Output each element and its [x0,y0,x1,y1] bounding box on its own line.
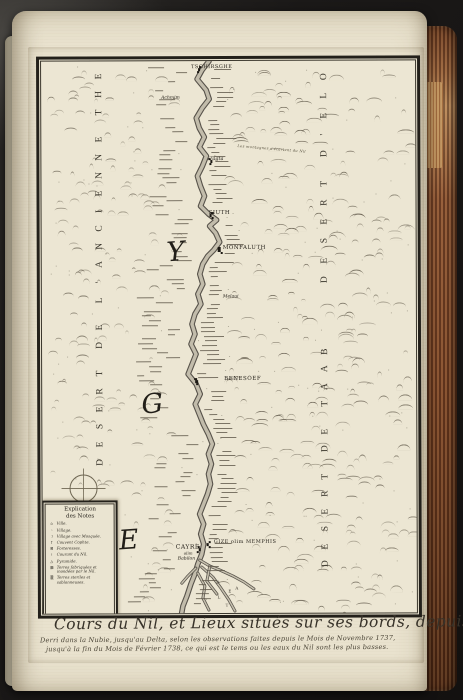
tiny-label-mark [141,316,150,317]
tiny-label-mark [216,432,228,433]
tiny-label-mark [211,557,223,558]
tiny-label-mark [140,592,150,593]
margin-letter-west: ' [95,281,105,283]
tiny-label-mark [210,87,223,88]
margin-letter-east-upper: E [320,257,330,263]
tiny-label-mark [211,78,220,79]
town-marker [196,383,198,385]
margin-letter-west: I [95,209,105,212]
legend-item: †Couvent Cophte. [49,540,112,545]
book-binding-edge [423,26,457,691]
tiny-label-mark [208,515,220,516]
tiny-label-mark [217,474,227,475]
tiny-label-mark [155,90,163,91]
tiny-label-mark [212,396,223,397]
margin-letter-east-upper: E [319,112,329,118]
tiny-label-mark [212,152,219,153]
tiny-label-mark [154,467,165,468]
tiny-label-mark [175,141,188,142]
tiny-label-mark [168,334,175,335]
tiny-label-mark [156,104,166,105]
tiny-label-mark [128,601,141,602]
tiny-label-mark [212,506,226,507]
tiny-label-mark [150,587,160,588]
region-letter: E [118,524,140,556]
tiny-label-mark [213,419,224,420]
legend-inner: Explication des Notes ⌂Ville.◦Village.☽V… [45,503,115,614]
tiny-label-mark [150,196,167,197]
legend-symbol-icon: ▦ [49,565,55,574]
tiny-label-mark [171,233,188,234]
tiny-label-mark [218,488,236,489]
tiny-label-mark [194,603,201,604]
delta-letter: D [216,580,219,585]
tiny-label-mark [181,490,195,491]
margin-letter-east-lower: B [320,348,330,354]
tiny-label-mark [203,363,221,364]
town-marker [210,163,212,165]
legend-items: ⌂Ville.◦Village.☽Village avec Mosquée.†C… [49,522,112,585]
tiny-label-mark [201,322,214,323]
tiny-label-mark [149,582,156,583]
tiny-label-mark [217,198,233,199]
tiny-label-mark [149,518,159,519]
tiny-label-mark [221,437,237,438]
margin-letter-west: C [95,226,105,232]
tiny-label-mark [208,566,218,567]
tiny-label-mark [207,354,219,355]
tiny-label-mark [204,336,223,337]
tiny-label-mark [201,331,215,332]
legend-item-label: Village. [57,528,72,533]
tiny-label-mark [202,345,217,346]
legend-box: Explication des Notes ⌂Ville.◦Village.☽V… [42,500,118,614]
town-marker [199,548,201,550]
margin-letter-east-lower: T [320,401,330,407]
tiny-label-mark [172,435,189,436]
tiny-label-mark [175,481,184,482]
tiny-label-mark [211,400,224,401]
book-photo: TSGHIRSGHEAchmimTagtaSIUTHMONFALUTHMelau… [0,0,463,700]
tiny-label-mark [200,327,214,328]
margin-letter-east-upper: S [320,238,330,243]
tiny-label-mark [213,202,223,203]
tiny-label-mark [210,267,217,268]
town-label: Babilon [178,557,195,562]
tiny-label-mark [202,580,217,581]
tiny-label-mark [149,320,160,321]
tiny-label-mark [213,106,224,107]
tiny-label-mark [210,133,224,134]
town-label: BENESOEF [224,376,261,382]
tiny-label-mark [208,120,217,121]
legend-symbol-icon: ☽ [49,534,55,539]
tiny-label-mark [199,584,206,585]
town-marker [197,551,199,553]
legend-title: Explication des Notes [49,506,112,520]
town-marker [197,71,199,73]
tiny-label-mark [223,451,232,452]
tiny-label-mark [217,138,236,139]
tiny-label-mark [163,150,175,151]
tiny-label-mark [219,460,229,461]
tiny-label-mark [157,352,168,353]
margin-letter-west: E [94,74,104,80]
tiny-label-mark [207,308,218,309]
margin-letter-east-upper: L [319,93,329,99]
tiny-label-mark [212,561,228,562]
margin-letter-east-upper: ' [319,134,329,136]
tiny-label-mark [165,127,176,128]
tiny-label-mark [213,143,225,144]
tiny-label-mark [183,495,191,496]
tiny-label-mark [156,302,173,303]
tiny-label-mark [155,486,168,487]
tiny-label-mark [209,414,218,415]
tiny-label-mark [209,129,220,130]
tiny-label-mark [220,483,236,484]
tiny-label-mark [153,550,166,551]
region-letter: Y [166,236,186,268]
tiny-label-mark [164,569,175,570]
legend-item-label: Terres fabriquées et inondées par le Nil… [57,565,112,574]
tiny-label-mark [214,262,233,263]
tiny-label-mark [211,304,220,305]
tiny-label-mark [153,205,164,206]
margin-letter-east-lower: D [321,560,331,567]
tiny-label-mark [142,339,156,340]
tiny-label-mark [172,132,183,133]
delta-letter: T [226,603,229,608]
tiny-label-mark [220,497,228,498]
delta-letter: E [228,588,231,593]
margin-letter-west: S [95,424,105,429]
legend-item: △Pyramide. [49,559,112,564]
tiny-label-mark [163,559,170,560]
tiny-label-mark [166,201,182,202]
tiny-label-mark [167,532,176,533]
tiny-label-mark [214,189,222,190]
region-letter: G [140,388,164,420]
legend-item-label: Ville. [57,522,67,527]
tiny-label-mark [142,348,157,349]
tiny-label-mark [137,375,144,376]
tiny-label-mark [167,329,180,330]
margin-letter-west: N [94,154,104,161]
margin-letter-west: E [94,137,104,143]
tiny-label-mark [166,357,180,358]
legend-symbol-icon: ⌂ [49,522,55,527]
tiny-label-mark [142,325,158,326]
tiny-label-mark [155,214,168,215]
legend-item: ≀Courant du Nil. [49,553,112,558]
legend-title-line2: des Notes [66,513,94,519]
tiny-label-mark [210,285,219,286]
tiny-label-mark [210,276,217,277]
tiny-label-mark [168,81,174,82]
town-label: GIZE olim MEMPHIS [214,539,277,545]
margin-letter-west: E [95,406,105,412]
tiny-label-mark [157,463,167,464]
tiny-label-mark [213,524,227,525]
map-title-block: Cours du Nil, et Lieux situés sur ses bo… [40,614,419,652]
legend-item: ▦Terres fabriquées et inondées par le Ni… [49,565,112,574]
tiny-label-mark [216,193,227,194]
margin-letter-west: H [94,91,104,98]
margin-letter-west: A [95,261,105,268]
tiny-label-mark [221,492,238,493]
tiny-label-mark [218,97,234,98]
tiny-label-mark [226,239,239,240]
margin-letter-east-upper: E [320,219,330,225]
tiny-label-mark [167,182,177,183]
legend-symbol-icon: △ [49,559,55,564]
tiny-label-mark [217,92,233,93]
margin-letter-east-upper: O [319,73,329,80]
tiny-label-mark [175,224,189,225]
tiny-label-mark [216,455,235,456]
tiny-label-mark [160,118,174,119]
map-page: TSGHIRSGHEAchmimTagtaSIUTHMONFALUTHMelau… [12,11,427,691]
tiny-label-mark [149,366,162,367]
tiny-label-mark [178,454,188,455]
legend-item: ◦Village. [49,528,112,533]
delta-letter: A [235,585,238,590]
tiny-label-mark [211,175,226,176]
town-label: MONFALUTH [223,245,266,251]
legend-item-label: Courant du Nil. [57,553,88,558]
tiny-label-mark [216,101,226,102]
tiny-label-mark [139,380,154,381]
tiny-label-mark [157,173,169,174]
margin-letter-west: D [95,342,105,349]
tiny-label-mark [211,547,223,548]
tiny-label-mark [214,428,232,429]
tiny-label-mark [211,391,226,392]
delta-letter: L [218,595,221,600]
tiny-label-mark [196,598,211,599]
tiny-label-mark [186,444,198,445]
tiny-label-mark [209,294,219,295]
tiny-label-mark [207,313,216,314]
legend-item: ⊠Forteresses. [49,547,112,552]
margin-letter-east-upper: D [320,276,330,283]
tiny-label-mark [160,159,173,160]
tiny-label-mark [205,340,217,341]
tiny-label-mark [224,253,234,254]
tiny-label-mark [163,178,180,179]
town-label: Achmim [161,96,180,101]
margin-letter-east-lower: A [320,366,330,373]
margin-letter-east-lower: R [321,491,331,497]
margin-letter-west: L [95,297,105,303]
tiny-label-mark [159,536,172,537]
margin-letter-east-lower: E [321,543,331,549]
town-label: Melaui [223,294,239,299]
margin-letter-east-lower: S [321,526,331,531]
tiny-label-mark [137,297,154,298]
tiny-label-mark [157,504,169,505]
legend-item-label: Pyramide. [57,559,77,564]
tiny-label-mark [210,170,217,171]
map-title-main: Cours du Nil, et Lieux situés sur ses bo… [40,613,419,634]
margin-letter-east-lower: A [320,383,330,390]
tiny-label-mark [144,573,156,574]
tiny-label-mark [198,377,218,378]
tiny-label-mark [208,570,225,571]
tiny-label-mark [172,283,184,284]
tiny-label-mark [176,72,187,73]
tiny-label-mark [144,311,161,312]
tiny-label-mark [209,184,227,185]
tiny-label-mark [136,362,151,363]
tiny-label-mark [205,409,212,410]
town-marker [209,546,211,548]
margin-letter-west: T [94,109,104,115]
tiny-label-mark [139,578,155,579]
tiny-label-mark [133,596,144,597]
margin-letter-east-upper: D [319,150,329,157]
tiny-label-mark [158,168,171,169]
legend-symbol-icon: ⊠ [49,547,55,552]
tiny-label-mark [213,529,226,530]
tiny-label-mark [200,350,219,351]
tiny-label-mark [210,124,220,125]
tiny-label-mark [221,478,234,479]
tiny-label-mark [210,552,223,553]
tiny-label-mark [167,279,183,280]
tiny-label-mark [180,477,191,478]
tiny-label-mark [151,385,162,386]
tiny-label-mark [225,225,232,226]
tiny-label-mark [210,534,218,535]
margin-letter-west: T [95,371,105,377]
margin-letter-west: E [94,190,104,196]
town-label: CAYRE [176,544,200,551]
margin-letter-west: E [95,442,105,448]
legend-item: ☽Village avec Mosquée. [49,534,112,539]
tiny-label-mark [220,465,235,466]
tiny-label-mark [196,593,209,594]
tiny-label-mark [177,219,192,220]
tiny-label-mark [138,343,152,344]
town-marker [221,252,223,254]
margin-letter-west: E [95,325,105,331]
legend-item: ⌂Ville. [49,522,112,527]
legend-item: ▒Terres steriles et sablonneuses. [49,576,112,585]
margin-letter-west: R [95,388,105,394]
margin-letter-west: N [95,243,105,250]
legend-title-line1: Explication [64,506,96,512]
margin-letter-west: N [94,172,104,179]
legend-item-label: Forteresses. [57,547,81,552]
tiny-label-mark [160,155,171,156]
tiny-label-mark [197,373,206,374]
tiny-label-mark [209,290,222,291]
tiny-label-mark [207,317,223,318]
tiny-label-mark [208,147,215,148]
legend-item-label: Village avec Mosquée. [57,534,101,539]
legend-symbol-icon: ≀ [49,553,55,558]
tiny-label-mark [177,288,185,289]
tiny-label-mark [150,371,160,372]
tiny-label-mark [218,501,232,502]
tiny-label-mark [207,359,226,360]
tiny-label-mark [215,423,230,424]
legend-symbol-icon: ▒ [49,576,55,585]
margin-letter-east-lower: E [321,508,331,514]
margin-letter-east-lower: T [320,473,330,479]
map-border-frame: TSGHIRSGHEAchmimTagtaSIUTHMONFALUTHMelau… [36,55,422,618]
margin-letter-east-upper: R [320,199,330,205]
town-label: olim [184,551,193,556]
tiny-label-mark [183,458,194,459]
legend-symbol-icon: † [49,541,55,546]
legend-item-label: Couvent Cophte. [57,540,90,545]
tiny-label-mark [208,271,226,272]
map-area: TSGHIRSGHEAchmimTagtaSIUTHMONFALUTHMelau… [40,59,418,614]
town-marker [212,217,214,219]
tiny-label-mark [225,235,237,236]
margin-letter-east-upper: T [319,180,329,186]
legend-symbol-icon: ◦ [49,528,55,533]
tiny-label-mark [170,513,181,514]
legend-item-label: Terres steriles et sablonneuses. [57,576,112,585]
tiny-label-mark [147,270,159,271]
margin-letter-east-lower: E [320,429,330,435]
tiny-label-mark [200,589,212,590]
tiny-label-mark [183,472,193,473]
tiny-label-mark [214,166,230,167]
margin-letter-east-lower: D [320,445,330,452]
tiny-label-mark [148,67,165,68]
